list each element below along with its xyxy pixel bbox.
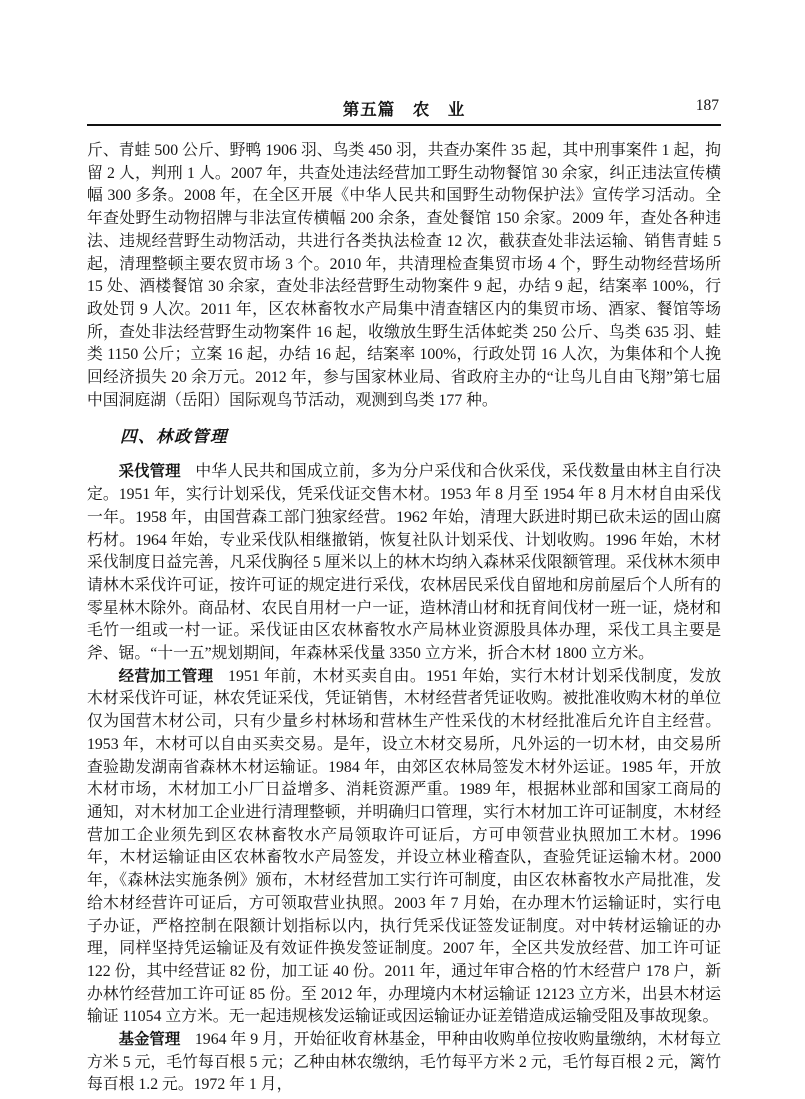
chapter-title: 第五篇 农 业 [343, 96, 466, 120]
paragraph-text-logging-management: 中华人民共和国成立前，多为分户采伐和合伙采伐，采伐数量由林主自行决定。1951 … [87, 463, 721, 662]
paragraph-fund-management: 基金管理1964 年 9 月，开始征收育林基金，甲种由收购单位按收购量缴纳，木材… [87, 1029, 721, 1097]
paragraph-logging-management: 采伐管理中华人民共和国成立前，多为分户采伐和合伙采伐，采伐数量由林主自行决定。1… [87, 461, 721, 665]
paragraph-lead-logging-management: 采伐管理 [119, 463, 181, 480]
page-number: 187 [696, 97, 719, 115]
section-heading-forestry-administration: 四、林政管理 [87, 426, 721, 448]
paragraph-processing-management: 经营加工管理1951 年前，木材买卖自由。1951 年始，实行木材计划采伐制度，… [87, 666, 721, 1029]
paragraph-text-fund-management: 1964 年 9 月，开始征收育林基金，甲种由收购单位按收购量缴纳，木材每立方米… [87, 1031, 721, 1093]
paragraph-lead-processing-management: 经营加工管理 [119, 668, 214, 685]
page-body: 斤、青蛙 500 公斤、野鸭 1906 羽、鸟类 450 羽，共查办案件 35 … [87, 140, 721, 1097]
page-header: 第五篇 农 业 187 [87, 96, 721, 118]
book-page: 第五篇 农 业 187 斤、青蛙 500 公斤、野鸭 1906 羽、鸟类 450… [0, 0, 805, 1099]
paragraph-lead-fund-management: 基金管理 [119, 1031, 181, 1048]
header-rule [87, 124, 721, 126]
paragraph-wildlife-enforcement: 斤、青蛙 500 公斤、野鸭 1906 羽、鸟类 450 羽，共查办案件 35 … [87, 140, 721, 412]
paragraph-text-processing-management: 1951 年前，木材买卖自由。1951 年始，实行木材计划采伐制度，发放木材采伐… [87, 668, 721, 1026]
